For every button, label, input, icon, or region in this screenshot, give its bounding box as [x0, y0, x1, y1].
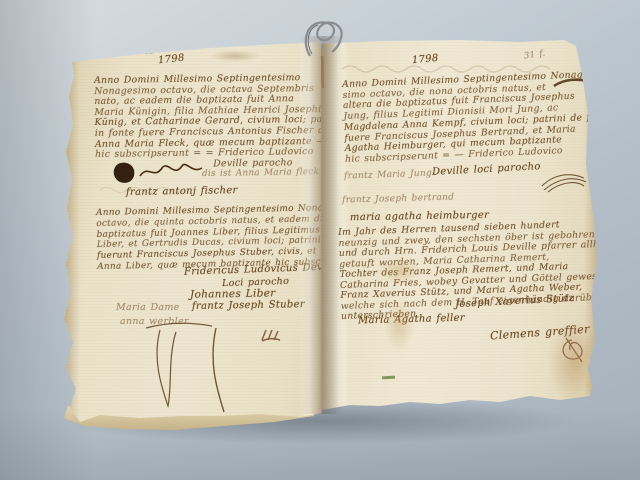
signature-liber: Johannes Liber: [190, 287, 276, 300]
ink-bleedthrough-ghost: [100, 184, 190, 194]
green-archive-mark: [382, 376, 395, 380]
binding-thread: [298, 16, 348, 90]
signature-jung: frantz Maria Jung: [344, 168, 432, 181]
folio-number: 31 f.: [523, 49, 546, 62]
signature-bertrand: frantz Joseph bertrand: [342, 193, 454, 206]
year-heading-left: 1798: [157, 53, 185, 67]
scanned-manuscript-photo: 1798 1798 Anno Domini Millesimo Septinge…: [0, 0, 640, 480]
pen-paraph: [540, 170, 590, 194]
ink-mark: [260, 328, 284, 344]
heavy-ink-dash: [552, 74, 597, 94]
signature-feller: Maria Agatha feller: [358, 313, 465, 327]
notary-monogram: [558, 336, 590, 364]
signature-heimburger: maria agatha heimburger: [350, 210, 489, 223]
manuscript-page-left: 1798 1798 Anno Domini Millesimo Septinge…: [60, 36, 325, 422]
foxing-stain: [210, 50, 260, 62]
signature-maria-dame: Maria Dame: [116, 302, 180, 313]
witness-note: dis ist Anna Maria fleck: [202, 167, 319, 179]
manuscript-page-right: 1798 31 f. Anno Domini Millesimo Septing…: [320, 34, 602, 412]
crossed-out-year: 1798: [136, 48, 154, 56]
signature-deville-right: Deville loci parocho: [432, 161, 541, 178]
signature-stuber: frantz Joseph Stuber: [192, 299, 305, 312]
